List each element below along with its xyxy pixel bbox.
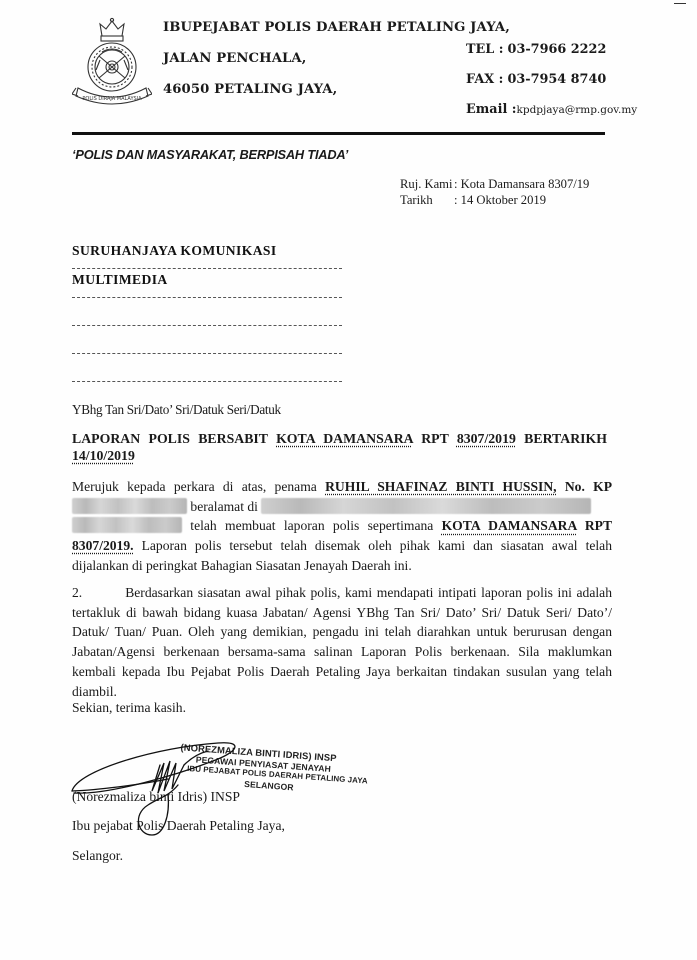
paragraph-2: 2.Berdasarkan siasatan awal pihak polis,…	[72, 583, 612, 701]
reference-block: Ruj. Kami: Kota Damansara 8307/19 Tarikh…	[400, 176, 589, 208]
paragraph-1: Merujuk kepada perkara di atas, penama R…	[72, 477, 612, 576]
letterhead-contacts: TEL : 03-7966 2222 FAX : 03-7954 8740 Em…	[466, 42, 637, 132]
date-row: Tarikh: 14 Oktober 2019	[400, 192, 589, 208]
reference-row: Ruj. Kami: Kota Damansara 8307/19	[400, 176, 589, 192]
subject-heading: LAPORAN POLIS BERSABIT KOTA DAMANSARA RP…	[72, 430, 607, 464]
redacted-address	[261, 498, 591, 514]
tel-line: TEL : 03-7966 2222	[466, 42, 637, 72]
reference-number: : Kota Damansara 8307/19	[454, 176, 589, 192]
fax-value: 03-7954 8740	[507, 72, 606, 87]
salutation: YBhg Tan Sri/Dato’ Sri/Datuk Seri/Datuk	[72, 402, 281, 418]
addressee-line: MULTIMEDIA	[72, 269, 342, 298]
addressee-line: SURUHANJAYA KOMUNIKASI	[72, 240, 342, 269]
tel-value: 03-7966 2222	[508, 42, 607, 57]
email-line: Email :kpdpjaya@rmp.gov.my	[466, 102, 637, 132]
complainant-name: RUHIL SHAFINAZ BINTI HUSSIN,	[325, 479, 556, 494]
subject-place: KOTA DAMANSARA	[276, 431, 413, 446]
scan-mark	[674, 3, 686, 4]
addressee-line	[72, 298, 342, 326]
subject-report-no: 8307/2019	[457, 431, 516, 446]
email-value: kpdpjaya@rmp.gov.my	[517, 104, 638, 116]
letterhead-address: IBUPEJABAT POLIS DAERAH PETALING JAYA, J…	[163, 20, 510, 113]
svg-text:POLIS DIRAJA MALAYSIA: POLIS DIRAJA MALAYSIA	[82, 96, 142, 102]
letter-date: : 14 Oktober 2019	[454, 192, 546, 208]
police-crest-icon: POLIS DIRAJA MALAYSIA	[72, 16, 152, 106]
letter-page: POLIS DIRAJA MALAYSIA IBUPEJABAT POLIS D…	[0, 0, 697, 960]
redacted-ic-number	[72, 498, 187, 514]
subject-date: 14/10/2019	[72, 448, 135, 463]
address-line: 46050 PETALING JAYA,	[163, 82, 510, 113]
signer-state: Selangor.	[72, 848, 123, 864]
address-line: JALAN PENCHALA,	[163, 51, 510, 82]
paragraph-number: 2.	[72, 585, 82, 600]
motto: ‘POLIS DAN MASYARAKAT, BERPISAH TIADA’	[72, 147, 348, 162]
fax-line: FAX : 03-7954 8740	[466, 72, 637, 102]
letterhead-divider	[72, 132, 605, 135]
addressee-line	[72, 326, 342, 354]
addressee-block: SURUHANJAYA KOMUNIKASI MULTIMEDIA	[72, 240, 342, 382]
closing: Sekian, terima kasih.	[72, 700, 186, 716]
addressee-line	[72, 354, 342, 382]
handwritten-signature-icon	[68, 735, 328, 845]
redacted-address-cont	[72, 517, 182, 533]
address-line: IBUPEJABAT POLIS DAERAH PETALING JAYA,	[163, 20, 510, 51]
